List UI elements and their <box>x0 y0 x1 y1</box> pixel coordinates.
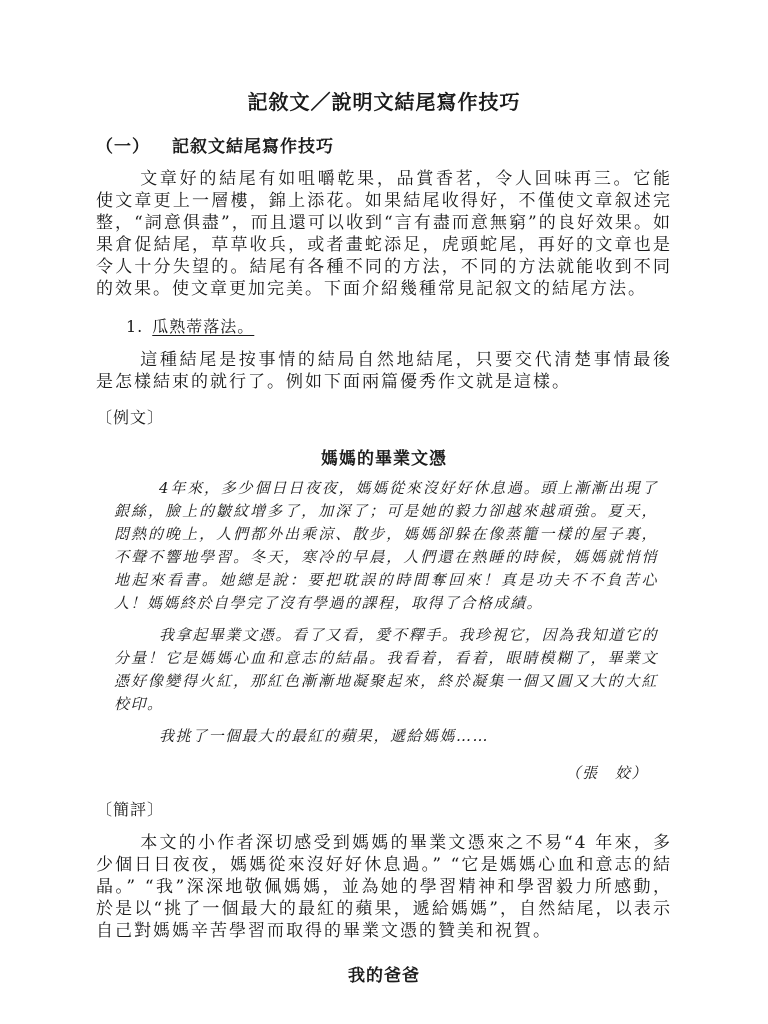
essay-body: 4年來，多少個日日夜夜，媽媽從來沒好好休息過。頭上漸漸出現了銀絲，臉上的皺紋增多… <box>96 477 672 785</box>
comment-label: 〔簡評〕 <box>96 797 672 820</box>
intro-paragraph: 文章好的結尾有如咀嚼乾果，品賞香茗，令人回味再三。它能使文章更上一層樓，錦上添花… <box>96 168 672 300</box>
comment-paragraph: 本文的小作者深切感受到媽媽的畢業文憑來之不易“4 年來，多少個日日夜夜，媽媽從來… <box>96 832 672 942</box>
essay-paragraph: 我拿起畢業文憑。看了又看，愛不釋手。我珍視它，因為我知道它的分量！它是媽媽心血和… <box>114 624 658 716</box>
essay-paragraph: 我挑了一個最大的最紅的蘋果，遞給媽媽…… <box>114 725 658 748</box>
method-number: 1. <box>126 317 143 336</box>
page-title: 記敘文／說明文結尾寫作技巧 <box>96 86 672 115</box>
essay-paragraph: 4年來，多少個日日夜夜，媽媽從來沒好好休息過。頭上漸漸出現了銀絲，臉上的皺紋增多… <box>114 477 658 615</box>
method-name: 瓜熟蒂落法。 <box>152 317 254 336</box>
section-heading: （一）記叙文結尾寫作技巧 <box>96 132 672 157</box>
section-number: （一） <box>96 137 150 157</box>
next-essay-title: 我的爸爸 <box>96 961 672 986</box>
essay-title: 媽媽的畢業文憑 <box>96 444 672 469</box>
document-page: 記敘文／說明文結尾寫作技巧 （一）記叙文結尾寫作技巧 文章好的結尾有如咀嚼乾果，… <box>0 0 768 1024</box>
method-description: 這種結尾是按事情的結局自然地結尾，只要交代清楚事情最後是怎樣結束的就行了。例如下… <box>96 349 672 393</box>
essay-author: （張 姣） <box>114 762 658 785</box>
section-title: 記叙文結尾寫作技巧 <box>172 137 334 157</box>
method-item: 1.瓜熟蒂落法。 <box>126 314 672 337</box>
example-label: 〔例文〕 <box>96 405 672 428</box>
